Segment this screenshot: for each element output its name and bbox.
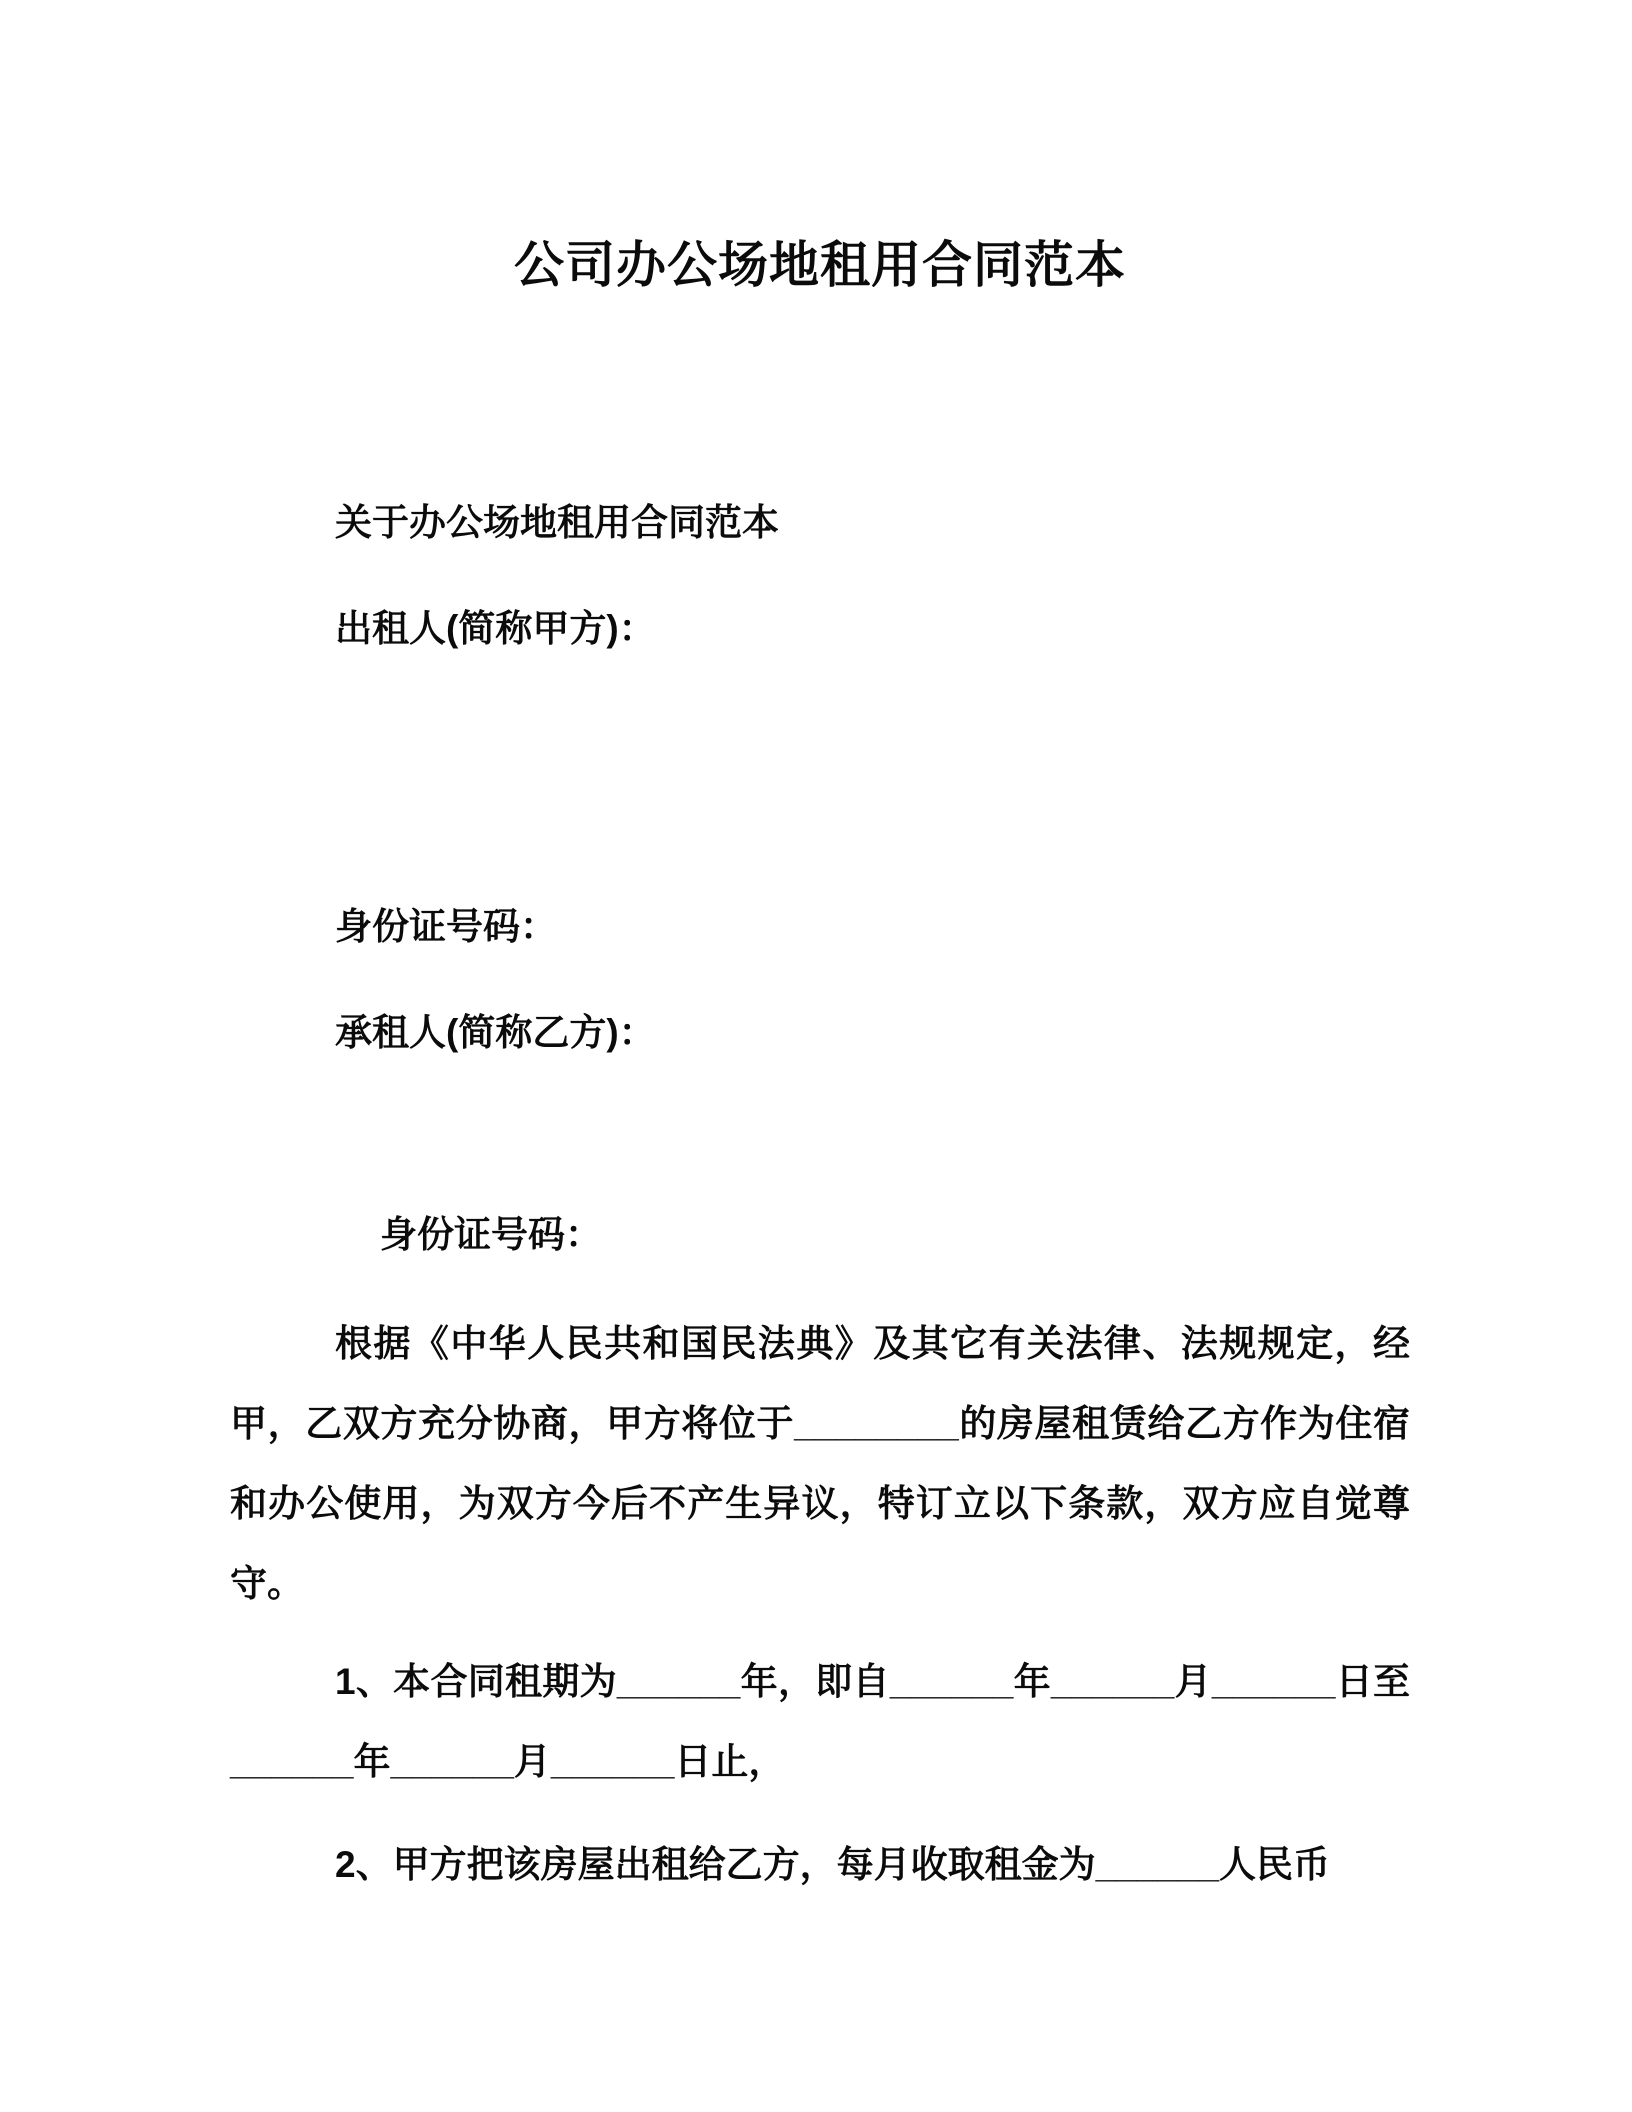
paragraph-lessor-id: 身份证号码：	[230, 887, 1410, 967]
paragraph-preamble: 根据《中华人民共和国民法典》及其它有关法律、法规规定，经甲，乙双方充分协商，甲方…	[230, 1304, 1410, 1624]
paragraph-lessor: 出租人(简称甲方)：	[230, 589, 1410, 669]
paragraph-subtitle: 关于办公场地租用合同范本	[230, 483, 1410, 563]
document-title: 公司办公场地租用合同范本	[230, 220, 1410, 310]
paragraph-clause-1: 1、本合同租期为______年，即自______年______月______日至…	[230, 1642, 1410, 1802]
paragraph-lessee: 承租人(简称乙方)：	[230, 993, 1410, 1073]
paragraph-lessee-id: 身份证号码：	[230, 1195, 1410, 1275]
document-page: 公司办公场地租用合同范本 关于办公场地租用合同范本 出租人(简称甲方)： 身份证…	[0, 0, 1632, 2112]
paragraph-clause-2: 2、甲方把该房屋出租给乙方，每月收取租金为______人民币	[230, 1825, 1410, 1905]
